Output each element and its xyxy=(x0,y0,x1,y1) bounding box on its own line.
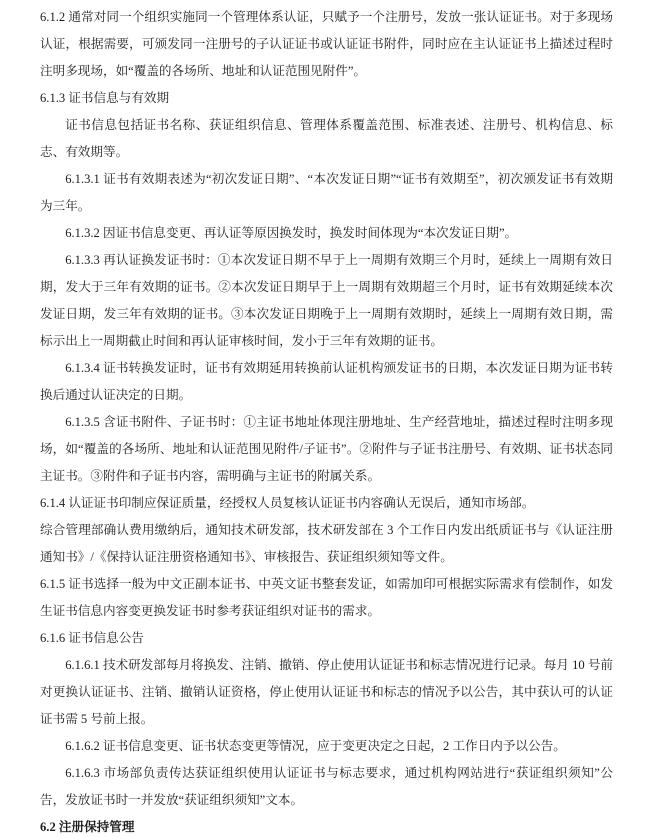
paragraph: 6.1.6.1 技术研发部每月将换发、注销、撤销、停止使用认证证书和标志情况进行… xyxy=(40,652,613,733)
paragraph: 6.1.6 证书信息公告 xyxy=(40,625,613,652)
paragraph: 6.1.2 通常对同一个组织实施同一个管理体系认证，只赋予一个注册号，发放一张认… xyxy=(40,4,613,85)
paragraph: 6.1.3.5 含证书附件、子证书时：①主证书地址体现注册地址、生产经营地址，描… xyxy=(40,409,613,490)
paragraph: 6.1.5 证书选择一般为中文正副本证书、中英文证书整套发证，如需加印可根据实际… xyxy=(40,571,613,625)
paragraph: 6.1.4 认证证书印制应保证质量，经授权人员复核认证证书内容确认无误后，通知市… xyxy=(40,490,613,517)
paragraph: 6.1.3.2 因证书信息变更、再认证等原因换发时，换发时间体现为“本次发证日期… xyxy=(40,220,613,247)
paragraph: 证书信息包括证书名称、获证组织信息、管理体系覆盖范围、标准表述、注册号、机构信息… xyxy=(40,112,613,166)
paragraph: 6.1.3.3 再认证换发证书时：①本次发证日期不早于上一周期有效期三个月时，延… xyxy=(40,247,613,355)
paragraph: 6.1.3.1 证书有效期表述为“初次发证日期”、“本次发证日期”“证书有效期至… xyxy=(40,166,613,220)
section-heading: 6.2 注册保持管理 xyxy=(40,814,613,838)
paragraph: 6.1.3 证书信息与有效期 xyxy=(40,85,613,112)
paragraph: 6.1.6.2 证书信息变更、证书状态变更等情况，应于变更决定之日起，2 工作日… xyxy=(40,733,613,760)
paragraph: 综合管理部确认费用缴纳后，通知技术研发部，技术研发部在 3 个工作日内发出纸质证… xyxy=(40,517,613,571)
document-page: 6.1.2 通常对同一个组织实施同一个管理体系认证，只赋予一个注册号，发放一张认… xyxy=(0,0,651,838)
paragraph: 6.1.3.4 证书转换发证时，证书有效期延用转换前认证机构颁发证书的日期，本次… xyxy=(40,355,613,409)
document-body: 6.1.2 通常对同一个组织实施同一个管理体系认证，只赋予一个注册号，发放一张认… xyxy=(40,4,613,838)
paragraph: 6.1.6.3 市场部负责传达获证组织使用认证证书与标志要求，通过机构网站进行“… xyxy=(40,760,613,814)
